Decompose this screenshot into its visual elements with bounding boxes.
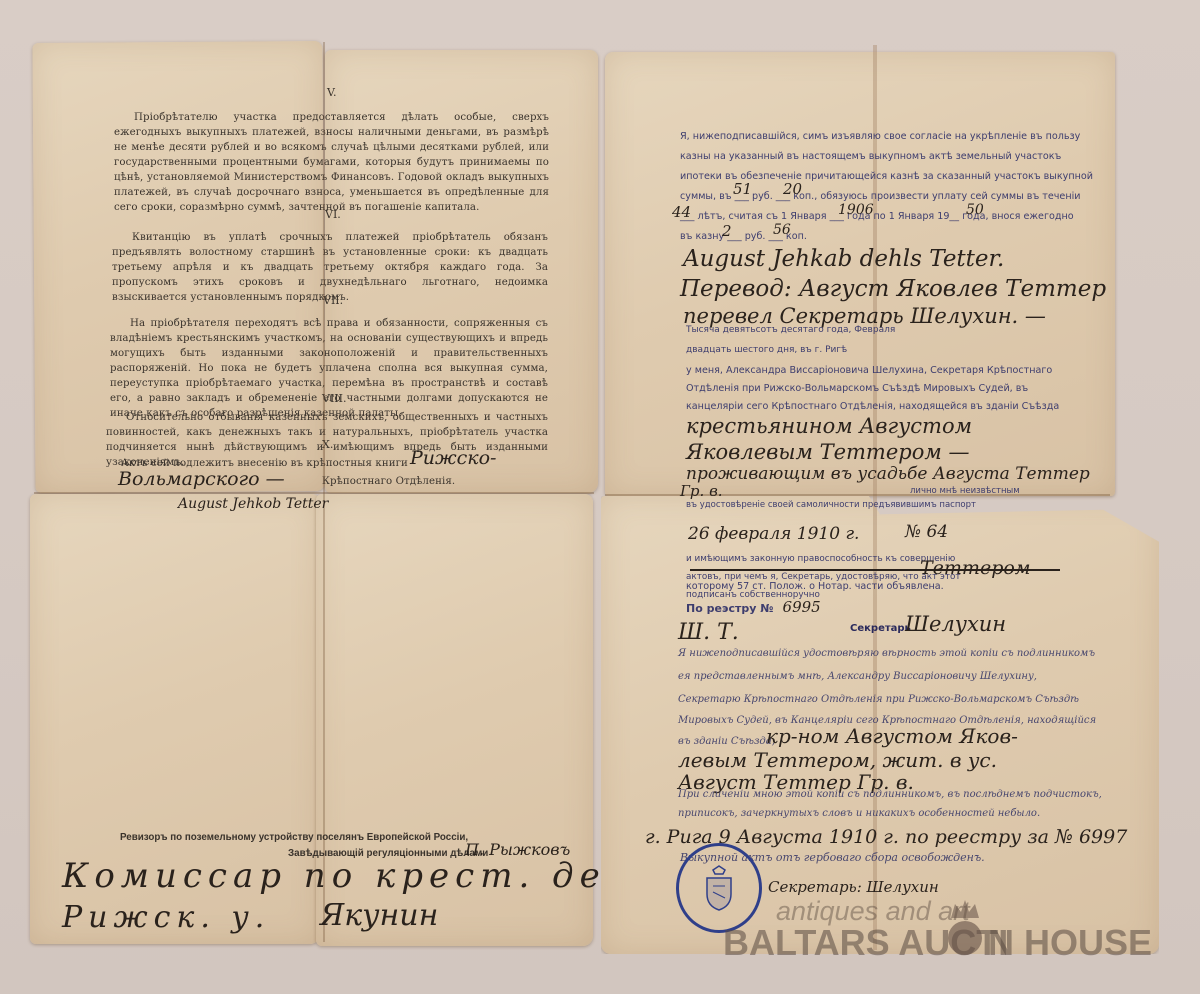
start-year: 1906 <box>838 202 874 218</box>
section-numeral: VIII. <box>322 392 346 405</box>
certify-line: Я нижеподписавшійся удостовѣряю вѣрность… <box>678 644 1095 663</box>
handwritten-certify-1: кр-ном Августом Яков- <box>766 724 1018 748</box>
notary-line: Отдѣленія при Рижско-Вольмарскомъ Съѣздѣ… <box>686 380 1028 397</box>
handwritten-residence: проживающим въ усадьбе Августа Теттер <box>686 464 1090 484</box>
revisor-line-1: Ревизоръ по поземельному устройству посе… <box>120 832 468 843</box>
consent-line: Я, нижеподписавшійся, симъ изъявляю свое… <box>680 128 1080 145</box>
handwritten-registry-region: Вольмарского — <box>118 468 285 490</box>
consent-line: ___ лѣтъ, считая съ 1 Января ___ года по… <box>680 208 1074 225</box>
annual-rubles: 2 <box>722 222 732 240</box>
secretary-signature: Шелухин <box>905 612 1006 636</box>
horizontal-fold <box>34 492 594 494</box>
section-numeral: VI. <box>325 208 341 221</box>
section-numeral: V. <box>327 86 337 99</box>
certify-line: Секретарю Крѣпостнаго Отдѣленія при Рижс… <box>678 690 1079 709</box>
registry-line: По реэстру № 6995 <box>686 597 821 617</box>
section-text: На пріобрѣтателя переходятъ всѣ права и … <box>110 316 548 421</box>
handwritten-signature: Якунин <box>320 898 438 933</box>
handwritten-district-line: Рижск. у. <box>62 900 270 935</box>
coat-of-arms-icon <box>699 864 739 912</box>
notary-line: канцеляріи сего Крѣпостнаго Отдѣленія, н… <box>686 398 1059 415</box>
law-line: которому 57 ст. Полож. о Нотар. части об… <box>686 578 944 595</box>
notary-date-line: Тысяча девятьсотъ десятаго года, Февраля <box>686 322 895 339</box>
signer-signature-latin: August Jehkab dehls Tetter. <box>683 246 1004 272</box>
watermark-logo-icon <box>945 898 985 956</box>
registry-label: По реэстру № <box>686 602 773 615</box>
watermark-name-part-2: N HOUSE <box>988 922 1152 964</box>
amount-rubles: 51 <box>733 180 752 198</box>
annual-kopecks: 56 <box>773 222 791 238</box>
compare-line: приписокъ, зачеркнутыхъ словъ и никакихъ… <box>678 804 1040 823</box>
notary-line: у меня, Александра Виссаріоновича Шелухи… <box>686 362 1052 379</box>
compare-line: При сличеніи мною этой копіи съ подлинни… <box>678 785 1102 804</box>
consent-line: казны на указанный въ настоящемъ выкупно… <box>680 148 1061 165</box>
registry-suffix: Крѣпостнаго Отдѣленія. <box>322 474 455 489</box>
notary-day-line: двадцать шестого дня, въ г. Ригѣ <box>686 342 847 359</box>
section-numeral: VII. <box>323 294 343 307</box>
closing-signature: Секретарь: Шелухин <box>768 878 939 896</box>
handwritten-issue-date: 26 февраля 1910 г. <box>688 524 859 544</box>
secretary-stamp-label: Секретарь <box>850 620 911 637</box>
handwritten-name-line-2: Яковлевым Теттером — <box>686 440 969 464</box>
translation-line: Перевод: Август Яковлев Теттер <box>680 276 1106 302</box>
underline-rule <box>690 569 1060 571</box>
official-seal-stamp <box>676 843 762 933</box>
handwritten-initials: Ш. Т. <box>678 620 739 645</box>
section-text: Пріобрѣтателю участка предоставляется дѣ… <box>114 110 549 215</box>
handwritten-name-line-1: крестьянином Августом <box>686 414 972 438</box>
handwritten-signer-name: Теттером <box>920 557 1031 579</box>
handwritten-registry-city: Рижско- <box>410 447 496 469</box>
amount-kopecks: 20 <box>783 180 802 198</box>
registry-number: 6995 <box>783 598 821 616</box>
signature-top: August Jehkob Tetter <box>178 496 328 512</box>
handwritten-passport-number: № 64 <box>905 522 948 542</box>
identity-line: въ удостовѣреніе своей самоличности пред… <box>686 497 976 514</box>
end-year: 50 <box>966 202 984 218</box>
years-count: 44 <box>672 203 691 221</box>
handwritten-certify-2: левым Теттером, жит. в ус. <box>678 748 997 772</box>
certify-line: ея представленнымъ мнѣ, Александру Висса… <box>678 667 1037 686</box>
